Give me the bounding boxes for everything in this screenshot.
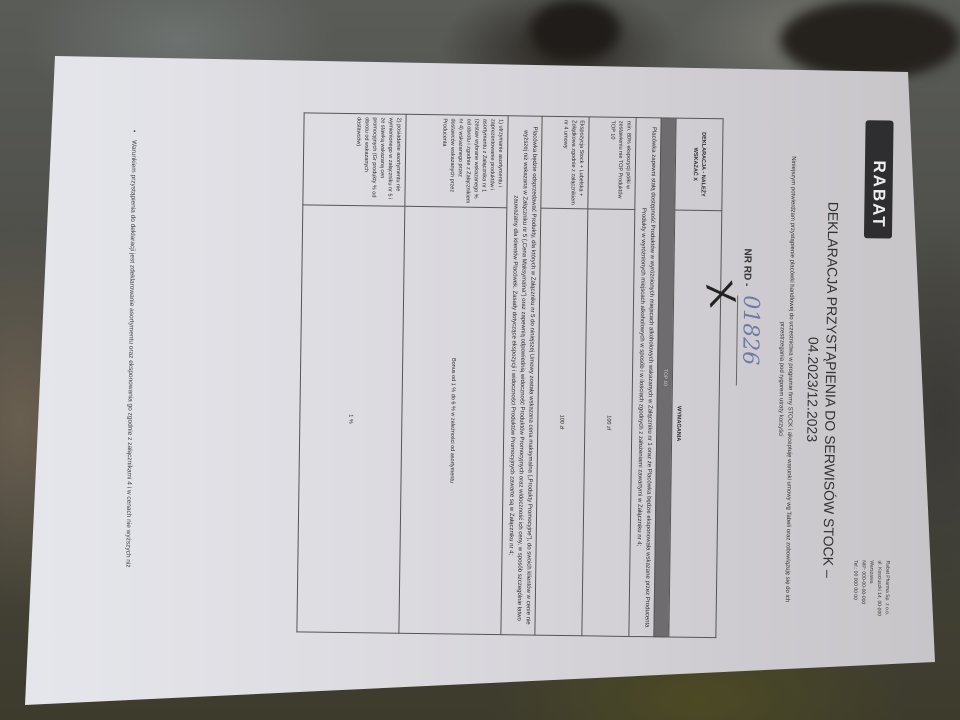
- nr-label: NR RD -: [741, 249, 753, 287]
- row-label: min. 80% ekspozycji półki w zestawieniu …: [588, 117, 636, 210]
- header-declaration-cell: DEKLARACJA - NALEŻY WSKAZAĆ X: [675, 118, 723, 211]
- row-value: 100 zł: [582, 209, 635, 637]
- table-row: Ekspozycja Stock + Lubelska + Żołądkowa …: [535, 116, 589, 636]
- checkbox-x-mark[interactable]: X: [714, 281, 727, 307]
- bonus-label: 2) posiadanie asortymentu nie wymienione…: [303, 113, 406, 206]
- promo-note: Placówka będzie odsprzedawać Produkty, d…: [501, 116, 542, 635]
- header-requirements-cell: X WYMAGANIA: [669, 210, 722, 638]
- document-title: DEKLARACJA PRZYSTĄPIENIA DO SERWISÓW STO…: [801, 159, 843, 619]
- table-row: 2) posiadanie asortymentu nie wymienione…: [297, 113, 406, 633]
- declaration-table: DEKLARACJA - NALEŻY WSKAZAĆ X X WYMAGANI…: [296, 112, 723, 638]
- table-row: 1) utrzymanie asortymentu i zaprezentowa…: [399, 114, 508, 634]
- rabat-logo: RABAT: [864, 120, 894, 239]
- company-address: Rabat Pharma Sp. z o.o. ul. Kosciuszki 1…: [850, 560, 891, 641]
- nr-handwritten-value: 01826: [736, 295, 763, 385]
- bonus-value: 1 %: [297, 205, 405, 633]
- promo-note-row: Placówka będzie odsprzedawać Produkty, d…: [501, 116, 542, 635]
- document-page: RABAT Rabat Pharma Sp. z o.o. ul. Kosciu…: [56, 69, 924, 681]
- table-header-row: DEKLARACJA - NALEŻY WSKAZAĆ X X WYMAGANI…: [669, 118, 723, 638]
- bullet-icon: •: [130, 130, 137, 132]
- bonus-value: Bonus od 1 % do 6 % w zależności od asor…: [399, 206, 507, 634]
- row-label: Ekspozycja Stock + Lubelska + Żołądkowa …: [541, 116, 589, 209]
- background-shadow: [780, 0, 960, 80]
- registration-number: NR RD - 01826: [737, 248, 764, 385]
- intro-paragraph: Niniejszym potwierdzam przystąpienie pla…: [773, 139, 798, 619]
- table-row: min. 80% ekspozycji półki w zestawieniu …: [582, 117, 636, 637]
- company-line: NIP: 000-00-00-000: [858, 560, 867, 640]
- company-line: Rabat Pharma Sp. z o.o.: [882, 561, 891, 641]
- footer-note: • Warunkiem przystąpienia do deklaracji …: [122, 130, 139, 610]
- background-shadow: [530, 0, 620, 60]
- company-line: ul. Kosciuszki 14, 00-000 Warszawa: [866, 560, 883, 640]
- requirements-heading: WYMAGANIA: [671, 211, 685, 637]
- bonus-label: 1) utrzymanie asortymentu i zaprezentowa…: [405, 114, 508, 207]
- footer-note-text: Warunkiem przystąpienia do deklaracji je…: [124, 140, 137, 568]
- document-paper: RABAT Rabat Pharma Sp. z o.o. ul. Kosciu…: [0, 0, 960, 720]
- row-value: 100 zł: [535, 208, 588, 636]
